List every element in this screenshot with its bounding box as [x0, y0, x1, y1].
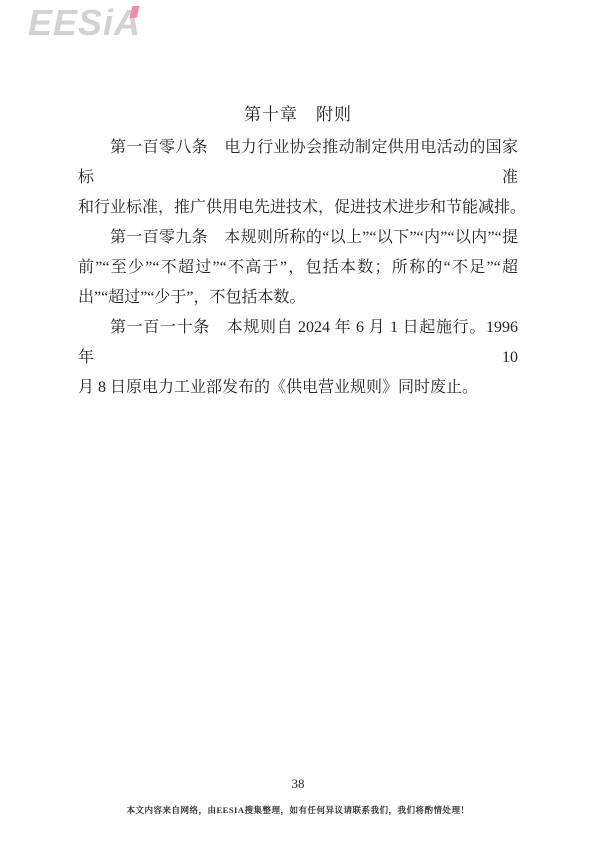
body-line: 第一百一十条 本规则自 2024 年 6 月 1 日起施行。1996 年 10	[78, 313, 518, 373]
footer-disclaimer: 本文内容来自网络，由EESIA搜集整理，如有任何异议请联系我们，我们将酌情处理！	[0, 804, 596, 816]
body-line: 月 8 日原电力工业部发布的《供电营业规则》同时废止。	[78, 373, 518, 403]
eesia-logo-text: EESiA	[28, 2, 141, 43]
document-page: EESiA 第十章 附则 第一百零八条 电力行业协会推动制定供用电活动的国家标准…	[0, 0, 596, 842]
body-line: 第一百零九条 本规则所称的“以上”“以下”“内”“以内”“提	[78, 223, 518, 253]
body-line: 出”“超过”“少于”，不包括本数。	[78, 283, 518, 313]
body-line: 前”“至少”“不超过”“不高于”，包括本数；所称的“不足”“超	[78, 253, 518, 283]
eesia-logo: EESiA	[28, 2, 141, 44]
body-line: 和行业标准，推广供用电先进技术，促进技术进步和节能减排。	[78, 193, 518, 223]
document-body: 第十章 附则 第一百零八条 电力行业协会推动制定供用电活动的国家标准 和行业标准…	[78, 99, 518, 403]
body-line: 第一百零八条 电力行业协会推动制定供用电活动的国家标准	[78, 133, 518, 193]
chapter-title: 第十章 附则	[78, 99, 518, 131]
page-number: 38	[0, 776, 596, 792]
